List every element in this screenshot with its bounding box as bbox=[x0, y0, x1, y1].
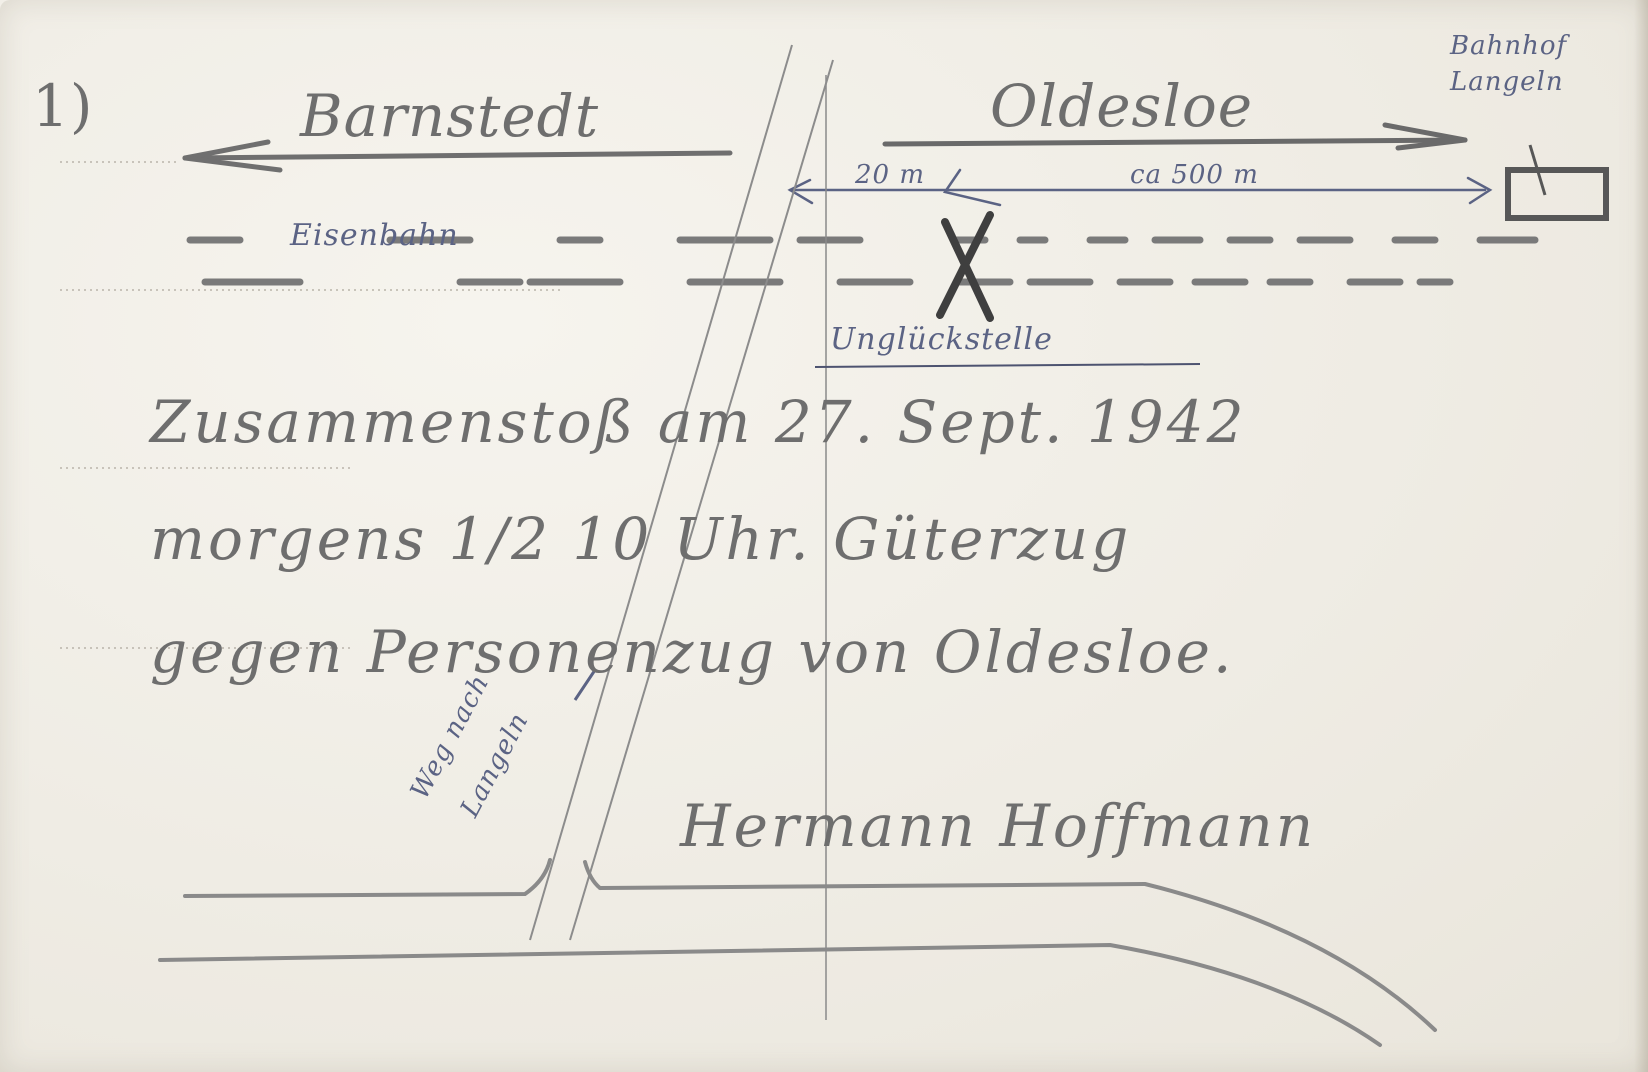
note-line-2: morgens 1/2 10 Uhr. Güterzug bbox=[150, 505, 1131, 573]
note-line-1: Zusammenstoß am 27. Sept. 1942 bbox=[150, 388, 1247, 456]
accident-site-underline bbox=[815, 364, 1200, 367]
signature: Hermann Hoffmann bbox=[680, 792, 1316, 860]
item-number: 1) bbox=[32, 72, 94, 140]
station-box-icon bbox=[1508, 145, 1606, 218]
label-oldesloe: Oldesloe bbox=[990, 72, 1253, 140]
accident-x-icon bbox=[940, 215, 990, 318]
note-line-3: gegen Personenzug von Oldesloe. bbox=[150, 618, 1234, 686]
label-railway: Eisenbahn bbox=[290, 218, 459, 253]
label-distance-short: 20 m bbox=[855, 160, 925, 190]
label-station: Bahnhof Langeln bbox=[1450, 28, 1640, 100]
label-distance-long: ca 500 m bbox=[1130, 160, 1259, 190]
label-accident-site: Unglückstelle bbox=[830, 322, 1053, 357]
label-barnstedt: Barnstedt bbox=[300, 82, 599, 150]
road-curve bbox=[160, 860, 1435, 1045]
